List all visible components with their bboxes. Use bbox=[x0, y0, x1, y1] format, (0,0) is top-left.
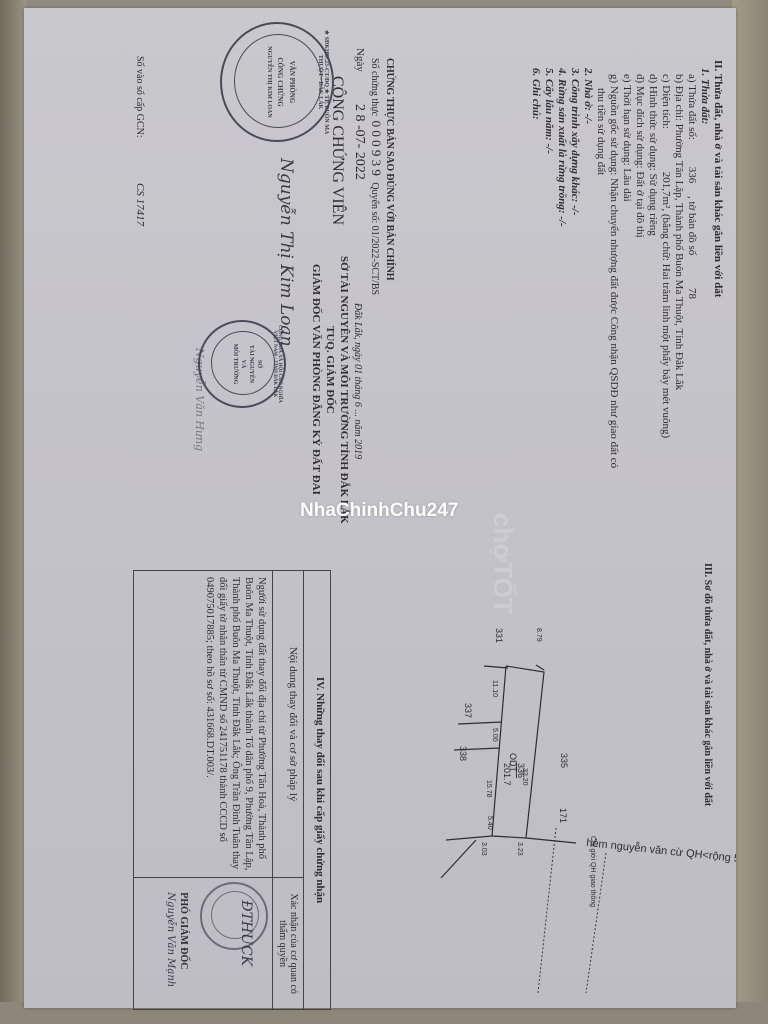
road-label: hẻm nguyễn văn cừ QH<rộng 5m> bbox=[586, 836, 736, 867]
edge-length-8: 3.23 bbox=[516, 842, 523, 856]
section4-heading: IV. Những thay đổi sau khi cấp giấy chứn… bbox=[304, 571, 331, 1010]
edge-length-4: 15.78 bbox=[485, 780, 492, 798]
edge-length-6: 5.40 bbox=[486, 816, 493, 830]
neighbor-331: 331 bbox=[494, 628, 504, 643]
col-header-content: Nội dung thay đổi và cơ sở pháp lý bbox=[273, 571, 304, 878]
changes-table: IV. Những thay đổi sau khi cấp giấy chứn… bbox=[133, 570, 331, 1010]
confirmation-signer-title: PHÓ GIÁM ĐỐC bbox=[177, 892, 190, 969]
edge-length-3: 5.00 bbox=[491, 728, 498, 742]
neighbor-335: 335 bbox=[559, 753, 569, 768]
edge-length-7: 3.03 bbox=[480, 842, 487, 856]
edge-length-2: 11.10 bbox=[491, 680, 498, 697]
col-header-confirmation: Xác nhận của cơ quan có thẩm quyền bbox=[273, 878, 304, 1010]
boundary-label: Chỉ giới QH giao thông bbox=[589, 836, 597, 907]
neighbor-338: 338 bbox=[458, 746, 468, 761]
neighbor-337: 337 bbox=[463, 703, 473, 718]
background-surface-left bbox=[0, 0, 26, 1024]
watermark: NhaChinhChu247 bbox=[300, 500, 458, 522]
change-content: Người sử dụng đất thay đổi địa chỉ từ Ph… bbox=[134, 571, 273, 878]
confirmation-signer: Nguyễn Văn Mạnh bbox=[165, 892, 176, 987]
confirmation-stamp bbox=[200, 882, 268, 950]
parcel-area-label: 201.7 bbox=[502, 763, 512, 786]
confirmation-sign-mark: ĐTHUCK bbox=[238, 900, 254, 966]
background-surface-right bbox=[732, 0, 768, 1024]
confirmation-cell: ĐTHUCK PHÓ GIÁM ĐỐC Nguyễn Văn Mạnh bbox=[134, 878, 273, 1010]
edge-length-1: 8.79 bbox=[535, 628, 542, 642]
parcel-number-label: 336 bbox=[516, 763, 526, 778]
neighbor-171: 171 bbox=[558, 808, 568, 823]
